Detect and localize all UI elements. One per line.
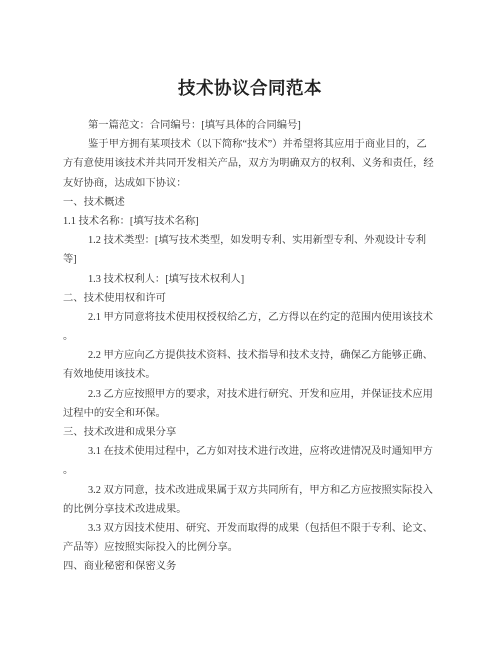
text-line: 2.3 乙方应按照甲方的要求，对技术进行研究、开发和应用，并保证技术应用 [63,385,455,404]
text-line: 3.2 双方同意，技术改进成果属于双方共同所有，甲方和乙方应按照实际投入 [63,481,455,500]
text-line: 2.2 甲方应向乙方提供技术资料、技术指导和技术支持，确保乙方能够正确、 [63,346,455,365]
text-line: 过程中的安全和环保。 [63,404,455,423]
text-line: 友好协商，达成如下协议： [63,174,455,193]
text-line: 第一篇范文：合同编号：[填写具体的合同编号] [63,116,455,135]
text-line: 。 [63,327,455,346]
text-line: 1.3 技术权利人：[填写技术权利人] [63,270,455,289]
text-line: 3.3 双方因技术使用、研究、开发而取得的成果（包括但不限于专利、论文、 [63,519,455,538]
document-title: 技术协议合同范本 [0,79,500,98]
text-line: 三、技术改进和成果分享 [63,423,455,442]
document-page: 技术协议合同范本 第一篇范文：合同编号：[填写具体的合同编号]鉴于甲方拥有某项技… [0,0,500,647]
text-line: 有效地使用该技术。 [63,365,455,384]
text-line: 二、技术使用权和许可 [63,289,455,308]
text-line: 等] [63,250,455,269]
text-line: 方有意使用该技术并共同开发相关产品，双方为明确双方的权利、义务和责任，经 [63,154,455,173]
text-line: 一、技术概述 [63,193,455,212]
text-line: 产品等）应按照实际投入的比例分享。 [63,538,455,557]
text-line: 1.2 技术类型：[填写技术类型，如发明专利、实用新型专利、外观设计专利 [63,231,455,250]
text-line: 四、商业秘密和保密义务 [63,557,455,576]
document-body: 第一篇范文：合同编号：[填写具体的合同编号]鉴于甲方拥有某项技术（以下简称“技术… [63,116,455,577]
text-line: 1.1 技术名称：[填写技术名称] [63,212,455,231]
text-line: 鉴于甲方拥有某项技术（以下简称“技术”）并希望将其应用于商业目的，乙 [63,135,455,154]
text-line: 2.1 甲方同意将技术使用权授权给乙方，乙方得以在约定的范围内使用该技术 [63,308,455,327]
text-line: 3.1 在技术使用过程中，乙方如对技术进行改进，应将改进情况及时通知甲方 [63,442,455,461]
text-line: 。 [63,461,455,480]
text-line: 的比例分享技术改进成果。 [63,500,455,519]
